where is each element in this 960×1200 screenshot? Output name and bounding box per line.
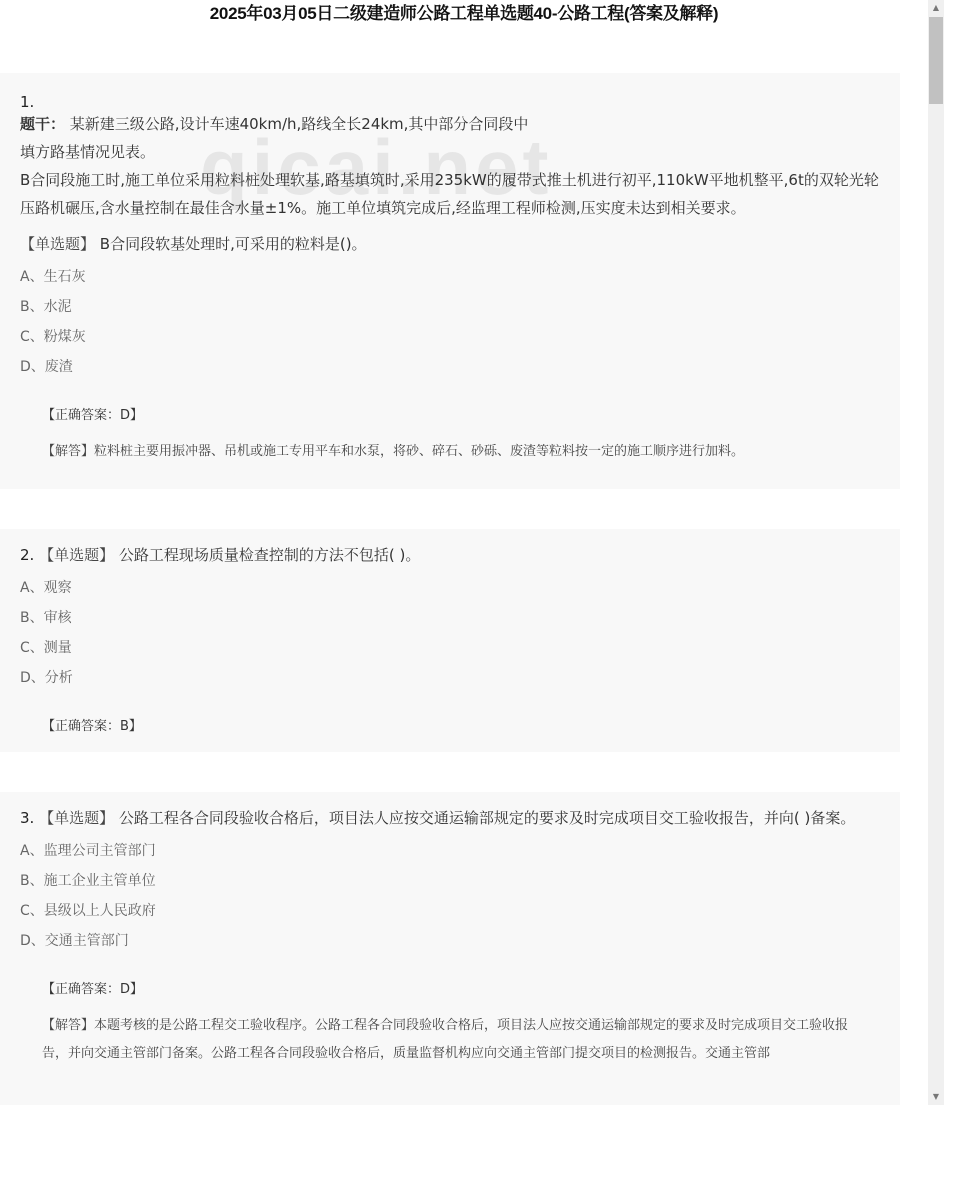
option-c[interactable]: C、粉煤灰 [20,322,880,352]
option-a[interactable]: A、监理公司主管部门 [20,836,880,866]
page-viewport: 2025年03月05日二级建造师公路工程单选题40-公路工程(答案及解释) 1.… [0,0,944,1105]
vertical-scrollbar[interactable]: ▲ ▼ [928,0,944,1105]
page-title: 2025年03月05日二级建造师公路工程单选题40-公路工程(答案及解释) [0,2,928,26]
scroll-down-arrow-icon[interactable]: ▼ [928,1089,944,1105]
option-b[interactable]: B、审核 [20,603,880,633]
scrollbar-thumb[interactable] [929,17,943,104]
question-number-text: 1. [20,93,34,111]
stem-label: 题干： [20,115,65,133]
stem-line-3: B合同段施工时,施工单位采用粒料桩处理软基,路基填筑时,采用235kW的履带式推… [20,166,880,222]
question-text: 3. 【单选题】 公路工程各合同段验收合格后，项目法人应按交通运输部规定的要求及… [20,804,880,832]
option-d[interactable]: D、分析 [20,663,880,693]
question-number: 2. [20,546,34,564]
question-text: 【单选题】 B合同段软基处理时,可采用的粒料是()。 [20,230,880,258]
question-type-tag: 【单选题】 [39,546,114,564]
option-c[interactable]: C、测量 [20,633,880,663]
option-a[interactable]: A、生石灰 [20,262,880,292]
option-a[interactable]: A、观察 [20,573,880,603]
question-body: 公路工程各合同段验收合格后，项目法人应按交通运输部规定的要求及时完成项目交工验收… [119,809,855,827]
question-number: 3. [20,809,34,827]
option-d[interactable]: D、废渣 [20,352,880,382]
question-card-1: 1. 题干： 某新建三级公路,设计车速40km/h,路线全长24km,其中部分合… [0,73,900,489]
question-card-3: 3. 【单选题】 公路工程各合同段验收合格后，项目法人应按交通运输部规定的要求及… [0,792,900,1105]
correct-answer: 【正确答案：D】 [42,406,880,426]
option-d[interactable]: D、交通主管部门 [20,926,880,956]
option-b[interactable]: B、水泥 [20,292,880,322]
stem-line-1: 某新建三级公路,设计车速40km/h,路线全长24km,其中部分合同段中 [70,115,529,133]
question-type-tag: 【单选题】 [39,809,114,827]
correct-answer: 【正确答案：B】 [42,717,880,737]
question-type-tag: 【单选题】 [20,235,95,253]
scroll-up-arrow-icon[interactable]: ▲ [928,0,944,16]
option-list: A、生石灰 B、水泥 C、粉煤灰 D、废渣 [20,262,880,382]
option-list: A、监理公司主管部门 B、施工企业主管单位 C、县级以上人民政府 D、交通主管部… [20,836,880,956]
correct-answer: 【正确答案：D】 [42,980,880,1000]
option-c[interactable]: C、县级以上人民政府 [20,896,880,926]
stem-line-2: 填方路基情况见表。 [20,138,880,166]
question-text: 2. 【单选题】 公路工程现场质量检查控制的方法不包括( )。 [20,541,880,569]
question-stem: 题干： 某新建三级公路,设计车速40km/h,路线全长24km,其中部分合同段中 [20,110,880,138]
question-body: 公路工程现场质量检查控制的方法不包括( )。 [119,546,420,564]
answer-analysis: 【解答】本题考核的是公路工程交工验收程序。公路工程各合同段验收合格后，项目法人应… [42,1012,880,1068]
option-b[interactable]: B、施工企业主管单位 [20,866,880,896]
answer-analysis: 【解答】粒料桩主要用振冲器、吊机或施工专用平车和水泵，将砂、碎石、砂砾、废渣等粒… [42,438,880,466]
question-body: B合同段软基处理时,可采用的粒料是()。 [100,235,367,253]
option-list: A、观察 B、审核 C、测量 D、分析 [20,573,880,693]
question-card-2: 2. 【单选题】 公路工程现场质量检查控制的方法不包括( )。 A、观察 B、审… [0,529,900,752]
